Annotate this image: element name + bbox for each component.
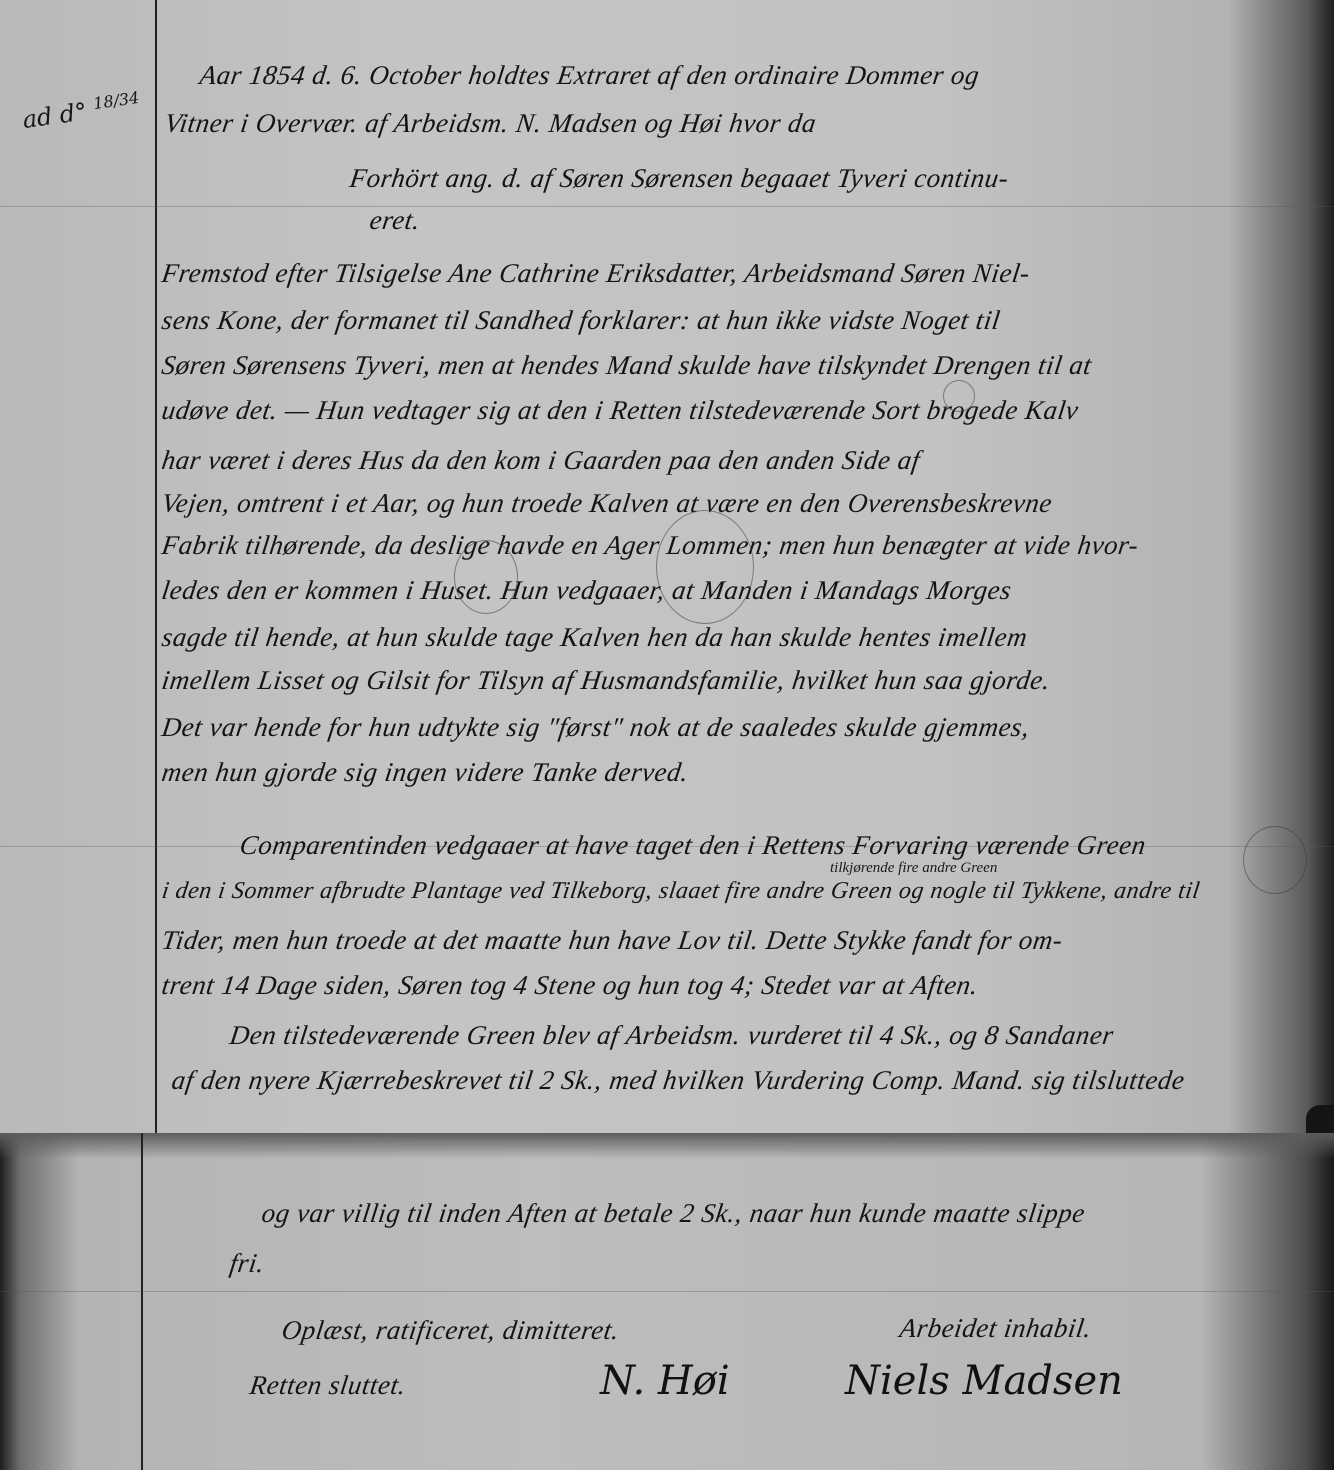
margin-note-num-top: 18: [92, 91, 115, 113]
text-line: ledes den er kommen i Huset. Hun vedgaae…: [160, 575, 1014, 606]
text-line: eret.: [368, 205, 423, 236]
stamp-circle: [656, 510, 754, 624]
margin-note-prefix: ad d°: [21, 97, 89, 134]
text-line: Retten sluttet.: [248, 1370, 408, 1401]
interlinear-insert: tilkjørende fire andre Green: [830, 860, 997, 877]
margin-note-num-bottom: 34: [118, 88, 141, 110]
scan-page-bottom: og var villig til inden Aften at betale …: [0, 1133, 1334, 1470]
text-line: imellem Lisset og Gilsit for Tilsyn af H…: [160, 665, 1053, 696]
stamp-circle: [1243, 826, 1307, 894]
margin-note: ad d° 18/34: [20, 88, 141, 134]
text-line: Fabrik tilhørende, da deslige havde en A…: [160, 530, 1141, 561]
text-line: og var villig til inden Aften at betale …: [260, 1198, 1087, 1229]
text-line: Comparentinden vedgaaer at have taget de…: [238, 830, 1148, 861]
text-line: af den nyere Kjærrebeskrevet til 2 Sk., …: [170, 1065, 1187, 1096]
text-line: fri.: [228, 1248, 267, 1279]
stamp-circle: [454, 540, 518, 614]
text-line: har været i deres Hus da den kom i Gaard…: [160, 445, 922, 476]
text-line: Vitner i Overvær. af Arbeidsm. N. Madsen…: [163, 108, 819, 139]
text-line: Den tilstedeværende Green blev af Arbeid…: [228, 1020, 1116, 1051]
text-line: sagde til hende, at hun skulde tage Kalv…: [160, 622, 1030, 653]
margin-note-fraction: 18/34: [92, 88, 140, 113]
text-line: Aar 1854 d. 6. October holdtes Extraret …: [198, 60, 982, 91]
text-line: trent 14 Dage siden, Søren tog 4 Stene o…: [160, 970, 980, 1001]
text-line: Forhört ang. d. af Søren Sørensen begaae…: [348, 163, 1011, 194]
margin-rule: [155, 0, 157, 1133]
text-line: Fremstod efter Tilsigelse Ane Cathrine E…: [160, 258, 1032, 289]
text-line: men hun gjorde sig ingen videre Tanke de…: [160, 757, 691, 788]
text-line: Søren Sørensens Tyveri, men at hendes Ma…: [160, 350, 1094, 381]
page-edge-shadow: [1306, 1105, 1334, 1133]
text-line: i den i Sommer afbrudte Plantage ved Til…: [160, 878, 1202, 905]
ruled-line: [0, 1291, 1334, 1292]
signature-hoi: N. Høi: [600, 1358, 730, 1404]
text-line: Det var hende for hun udtykte sig "først…: [160, 712, 1032, 743]
text-line: sens Kone, der formanet til Sandhed fork…: [160, 305, 1002, 336]
signature-niels-madsen: Niels Madsen: [845, 1358, 1123, 1404]
text-line: Arbeidet inhabil.: [898, 1313, 1094, 1344]
text-line: udøve det. — Hun vedtager sig at den i R…: [160, 395, 1081, 426]
margin-rule: [141, 1133, 143, 1470]
text-line: Vejen, omtrent i et Aar, og hun troede K…: [160, 488, 1054, 519]
ruled-line: [0, 206, 1334, 207]
text-line: Oplæst, ratificeret, dimitteret.: [280, 1315, 622, 1346]
text-line: Tider, men hun troede at det maatte hun …: [160, 925, 1065, 956]
stamp-circle: [943, 380, 975, 412]
scan-page-top: ad d° 18/34 Aar 1854 d. 6. October holdt…: [0, 0, 1334, 1133]
